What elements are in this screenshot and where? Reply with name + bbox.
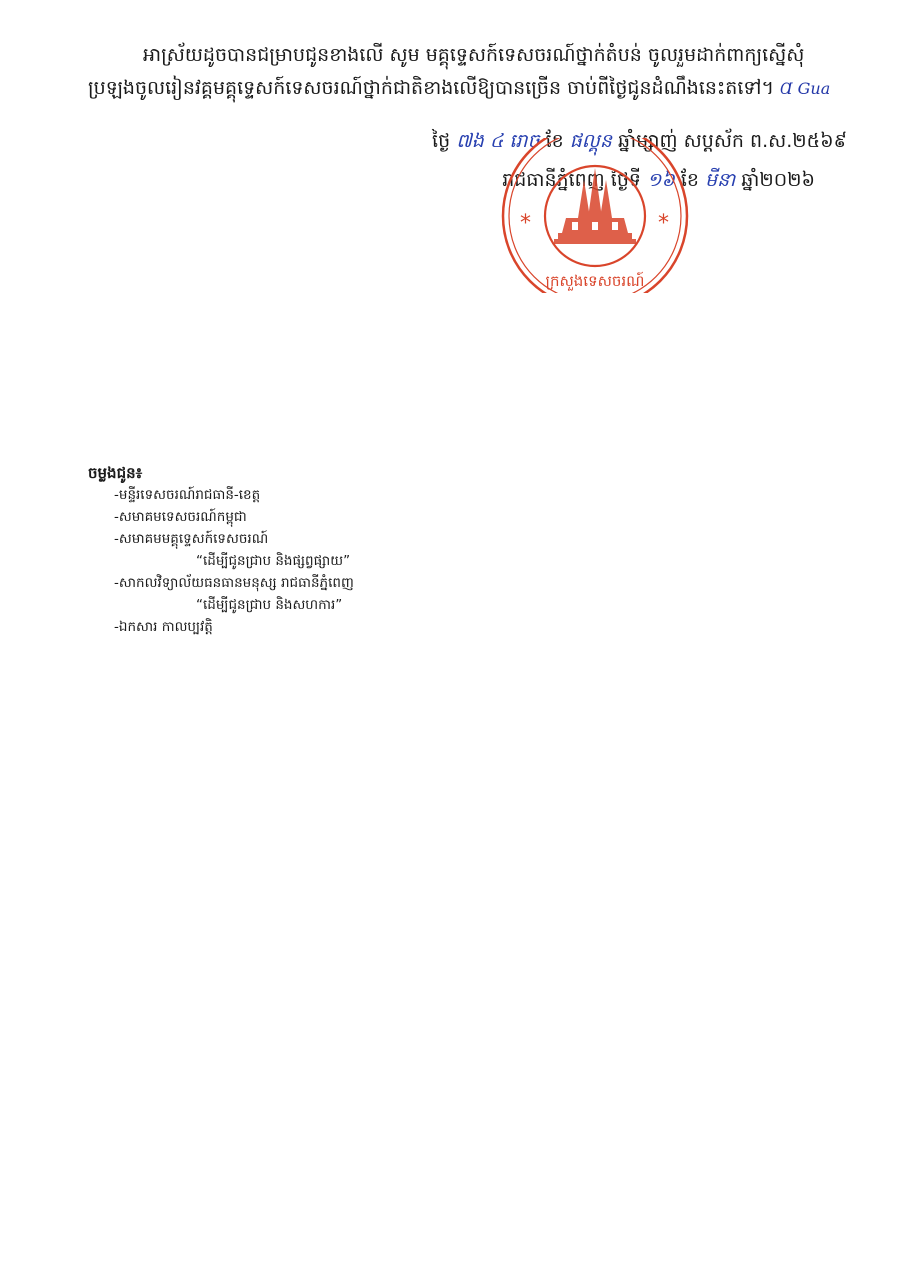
paragraph-line-2-text: ប្រឡងចូលរៀនវគ្គមគ្គុទ្ទេសក៍ទេសចរណ៍ថ្នាក់… (88, 77, 774, 99)
cc-item: -សមាគមទេសចរណ៍កម្ពុជា (88, 506, 354, 528)
cc-item: -មន្ទីរទេសចរណ៍រាជធានី-ខេត្ត (88, 484, 354, 506)
cc-item: -សាកលវិទ្យាល័យធនធានមនុស្ស រាជធានីភ្នំពេញ (88, 572, 354, 594)
solar-year: ឆ្នាំ២០២៦ (741, 169, 815, 191)
svg-text:*: * (520, 211, 531, 236)
official-seal-icon: * * ក្រសួងទេសចរណ៍ (500, 138, 690, 293)
lunar-prefix: ថ្ងៃ (432, 130, 450, 152)
paragraph-line-2: ប្រឡងចូលរៀនវគ្គមគ្គុទ្ទេសក៍ទេសចរណ៍ថ្នាក់… (88, 75, 830, 102)
seal-text: ក្រសួងទេសចរណ៍ (546, 271, 645, 291)
cc-title: ចម្លងជូន៖ (88, 462, 354, 484)
handwritten-initial: Ɑ Gua (780, 79, 830, 98)
solar-month: មីនា (705, 169, 735, 191)
cc-section: ចម្លងជូន៖ -មន្ទីរទេសចរណ៍រាជធានី-ខេត្ត -ស… (88, 462, 354, 638)
cc-item: -សមាគមមគ្គុទ្ទេសក៍ទេសចរណ៍ (88, 528, 354, 550)
cc-item-note: “ដើម្បីជូនជ្រាប និងសហការ” (88, 594, 354, 616)
cc-item-note: “ដើម្បីជូនជ្រាប និងផ្សព្វផ្សាយ” (88, 550, 354, 572)
svg-text:*: * (658, 211, 669, 236)
cc-item: -ឯកសារ កាលប្បវត្តិ (88, 616, 354, 638)
paragraph-line-1: អាស្រ័យដូចបានជម្រាបជូនខាងលើ សូម មគ្គុទ្ទ… (143, 42, 804, 68)
